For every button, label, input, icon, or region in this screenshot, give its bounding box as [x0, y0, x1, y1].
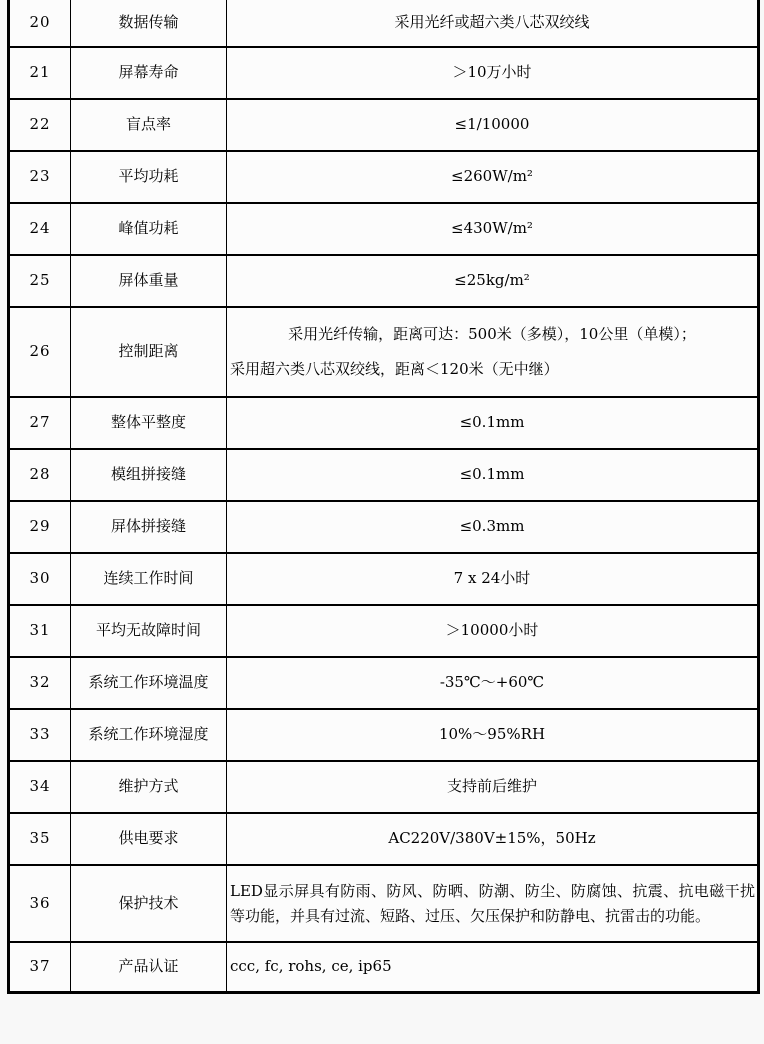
param-value-cell: 采用光纤或超六类八芯双绞线 — [227, 0, 759, 47]
param-value-cell: LED显示屏具有防雨、防风、防晒、防潮、防尘、防腐蚀、抗震、抗电磁干扰等功能，并… — [227, 865, 759, 942]
row-number-cell: 37 — [9, 942, 71, 993]
row-number-cell: 28 — [9, 449, 71, 501]
param-value-cell: ＞10000小时 — [227, 605, 759, 657]
table-row: 23 平均功耗 ≤260W/m² — [9, 151, 759, 203]
row-number-cell: 25 — [9, 255, 71, 307]
table-row: 29 屏体拼接缝 ≤0.3mm — [9, 501, 759, 553]
param-name-cell: 屏体拼接缝 — [71, 501, 227, 553]
table-row: 26 控制距离 采用光纤传输，距离可达：500米（多模），10公里（单模）； 采… — [9, 307, 759, 397]
param-value-cell: 采用光纤传输，距离可达：500米（多模），10公里（单模）； 采用超六类八芯双绞… — [227, 307, 759, 397]
param-value-cell: ≤260W/m² — [227, 151, 759, 203]
row-number-cell: 27 — [9, 397, 71, 449]
param-name-cell: 产品认证 — [71, 942, 227, 993]
table-row: 34 维护方式 支持前后维护 — [9, 761, 759, 813]
param-value-cell: ＞10万小时 — [227, 47, 759, 99]
table-row: 35 供电要求 AC220V/380V±15%，50Hz — [9, 813, 759, 865]
row-number-cell: 33 — [9, 709, 71, 761]
param-name-cell: 平均功耗 — [71, 151, 227, 203]
table-row: 27 整体平整度 ≤0.1mm — [9, 397, 759, 449]
table-row: 20 数据传输 采用光纤或超六类八芯双绞线 — [9, 0, 759, 47]
param-name-cell: 维护方式 — [71, 761, 227, 813]
param-name-cell: 整体平整度 — [71, 397, 227, 449]
param-value-cell: ≤1/10000 — [227, 99, 759, 151]
param-name-cell: 数据传输 — [71, 0, 227, 47]
param-value-cell: ≤0.1mm — [227, 449, 759, 501]
param-value-cell: 支持前后维护 — [227, 761, 759, 813]
param-value-cell: ≤430W/m² — [227, 203, 759, 255]
row-number-cell: 31 — [9, 605, 71, 657]
row-number-cell: 29 — [9, 501, 71, 553]
row-number-cell: 32 — [9, 657, 71, 709]
param-name-cell: 保护技术 — [71, 865, 227, 942]
row-number-cell: 36 — [9, 865, 71, 942]
table-row: 24 峰值功耗 ≤430W/m² — [9, 203, 759, 255]
table-row: 21 屏幕寿命 ＞10万小时 — [9, 47, 759, 99]
param-name-cell: 盲点率 — [71, 99, 227, 151]
table-row: 36 保护技术 LED显示屏具有防雨、防风、防晒、防潮、防尘、防腐蚀、抗震、抗电… — [9, 865, 759, 942]
table-row: 37 产品认证 ccc, fc, rohs, ce, ip65 — [9, 942, 759, 993]
row-number-cell: 24 — [9, 203, 71, 255]
row-number-cell: 26 — [9, 307, 71, 397]
param-value-cell: AC220V/380V±15%，50Hz — [227, 813, 759, 865]
table-row: 28 模组拼接缝 ≤0.1mm — [9, 449, 759, 501]
table-row: 22 盲点率 ≤1/10000 — [9, 99, 759, 151]
param-name-cell: 屏体重量 — [71, 255, 227, 307]
param-value-cell: ≤0.1mm — [227, 397, 759, 449]
param-value-cell: ≤0.3mm — [227, 501, 759, 553]
table-row: 32 系统工作环境温度 -35℃～+60℃ — [9, 657, 759, 709]
param-name-cell: 峰值功耗 — [71, 203, 227, 255]
param-name-cell: 屏幕寿命 — [71, 47, 227, 99]
param-name-cell: 平均无故障时间 — [71, 605, 227, 657]
row-number-cell: 21 — [9, 47, 71, 99]
row-number-cell: 23 — [9, 151, 71, 203]
param-value-cell: 7 x 24小时 — [227, 553, 759, 605]
param-name-cell: 控制距离 — [71, 307, 227, 397]
spec-table: 20 数据传输 采用光纤或超六类八芯双绞线 21 屏幕寿命 ＞10万小时 22 … — [7, 0, 760, 994]
row-number-cell: 35 — [9, 813, 71, 865]
param-value-cell: 10%～95%RH — [227, 709, 759, 761]
param-value-cell: ccc, fc, rohs, ce, ip65 — [227, 942, 759, 993]
row-number-cell: 20 — [9, 0, 71, 47]
param-name-cell: 系统工作环境温度 — [71, 657, 227, 709]
row-number-cell: 34 — [9, 761, 71, 813]
param-value-cell: ≤25kg/m² — [227, 255, 759, 307]
table-row: 25 屏体重量 ≤25kg/m² — [9, 255, 759, 307]
param-name-cell: 连续工作时间 — [71, 553, 227, 605]
param-value-cell: -35℃～+60℃ — [227, 657, 759, 709]
table-row: 31 平均无故障时间 ＞10000小时 — [9, 605, 759, 657]
document-page: 20 数据传输 采用光纤或超六类八芯双绞线 21 屏幕寿命 ＞10万小时 22 … — [0, 0, 764, 1044]
row-number-cell: 22 — [9, 99, 71, 151]
row-number-cell: 30 — [9, 553, 71, 605]
value-line-2: 采用超六类八芯双绞线，距离＜120米（无中继） — [227, 360, 757, 380]
table-row: 33 系统工作环境湿度 10%～95%RH — [9, 709, 759, 761]
param-name-cell: 模组拼接缝 — [71, 449, 227, 501]
table-row: 30 连续工作时间 7 x 24小时 — [9, 553, 759, 605]
param-name-cell: 供电要求 — [71, 813, 227, 865]
param-name-cell: 系统工作环境湿度 — [71, 709, 227, 761]
value-line-1: 采用光纤传输，距离可达：500米（多模），10公里（单模）； — [227, 325, 757, 345]
